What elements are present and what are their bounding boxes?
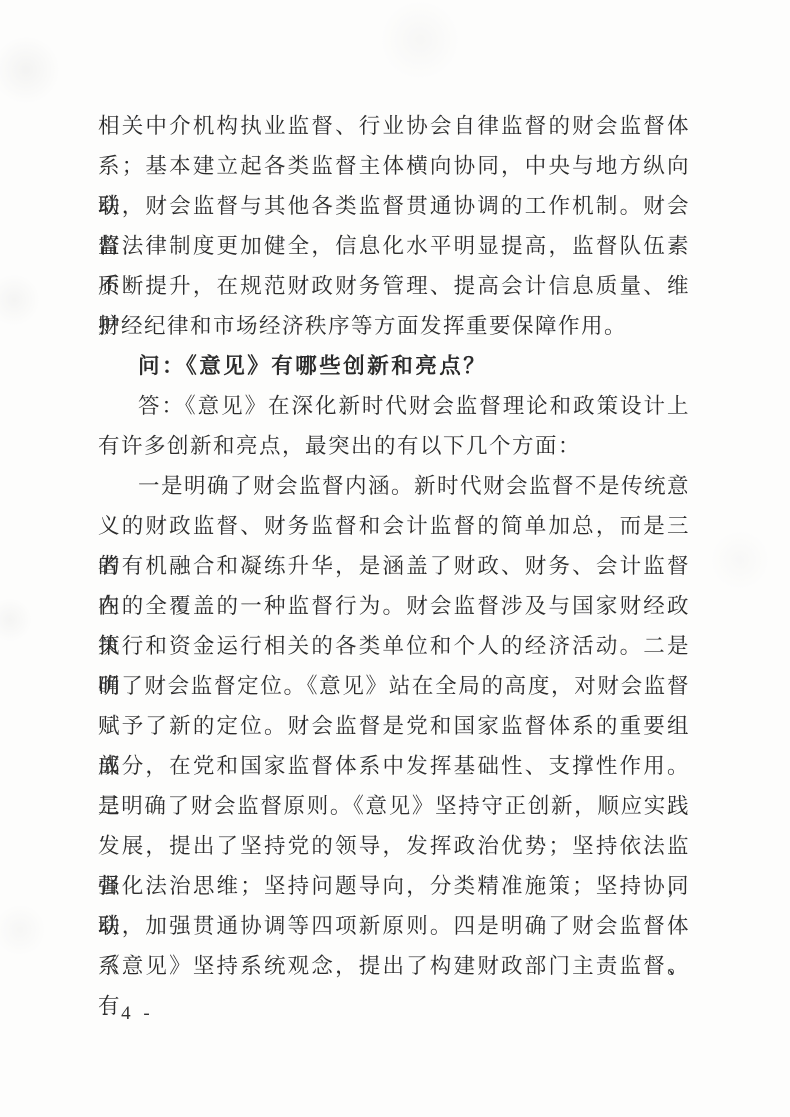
text-line: 赋予了新的定位。财会监督是党和国家监督体系的重要组成 — [98, 706, 690, 746]
text-line: 执行和资金运行相关的各类单位和个人的经济活动。二是明 — [98, 626, 690, 666]
text-line: 确了财会监督定位。《意见》站在全局的高度，对财会监督 — [98, 666, 690, 706]
text-line: 动，财会监督与其他各类监督贯通协调的工作机制。财会监 — [98, 186, 690, 226]
text-line: 有许多创新和亮点，最突出的有以下几个方面： — [98, 426, 690, 466]
question-line: 问：《意见》有哪些创新和亮点？ — [98, 346, 690, 386]
text-line: 义的财政监督、财务监督和会计监督的简单加总，而是三者 — [98, 506, 690, 546]
text-line: 一是明确了财会监督内涵。新时代财会监督不是传统意 — [98, 466, 690, 506]
document-body: 相关中介机构执业监督、行业协会自律监督的财会监督体 系；基本建立起各类监督主体横… — [98, 106, 690, 986]
text-line: 《意见》坚持系统观念，提出了构建财政部门主责监督、有 — [98, 946, 690, 986]
answer-line: 答：《意见》在深化新时代财会监督理论和政策设计上 — [98, 386, 690, 426]
text-line: 是明确了财会监督原则。《意见》坚持守正创新，顺应实践 — [98, 786, 690, 826]
text-line: 不断提升，在规范财政财务管理、提高会计信息质量、维护 — [98, 266, 690, 306]
text-line: 发展，提出了坚持党的领导，发挥政治优势；坚持依法监督， — [98, 826, 690, 866]
text-line: 动，加强贯通协调等四项新原则。四是明确了财会监督体系。 — [98, 906, 690, 946]
text-line: 内的全覆盖的一种监督行为。财会监督涉及与国家财经政策 — [98, 586, 690, 626]
text-line: 系；基本建立起各类监督主体横向协同，中央与地方纵向联 — [98, 146, 690, 186]
text-line: 相关中介机构执业监督、行业协会自律监督的财会监督体 — [98, 106, 690, 146]
text-line: 的有机融合和凝练升华，是涵盖了财政、财务、会计监督在 — [98, 546, 690, 586]
text-line: 部分，在党和国家监督体系中发挥基础性、支撑性作用。三 — [98, 746, 690, 786]
text-line: 财经纪律和市场经济秩序等方面发挥重要保障作用。 — [98, 306, 690, 346]
text-line: 督法律制度更加健全，信息化水平明显提高，监督队伍素质 — [98, 226, 690, 266]
text-line: 强化法治思维；坚持问题导向，分类精准施策；坚持协同联 — [98, 866, 690, 906]
footer-page-number: - 4 - — [102, 1003, 154, 1025]
scanned-document-page: 相关中介机构执业监督、行业协会自律监督的财会监督体 系；基本建立起各类监督主体横… — [0, 0, 790, 1117]
